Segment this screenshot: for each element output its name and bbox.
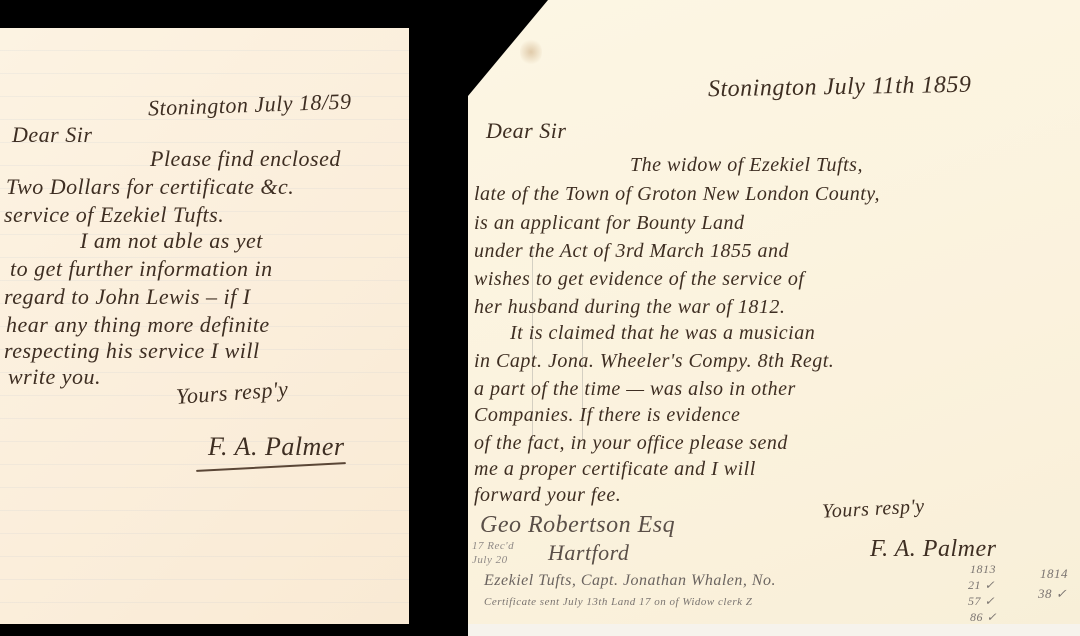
right-body-line-2: late of the Town of Groton New London Co…	[474, 183, 880, 206]
margin-note-received: 17 Rec'd	[472, 540, 514, 552]
right-salutation: Dear Sir	[486, 118, 566, 144]
left-signature: F. A. Palmer	[208, 432, 344, 462]
left-body-line-1: Please find enclosed	[150, 146, 341, 172]
right-body-line-12: me a proper certificate and I will	[474, 458, 756, 481]
right-body-line-9: a part of the time — was also in other	[474, 378, 796, 401]
right-body-line-10: Companies. If there is evidence	[474, 404, 740, 427]
right-body-line-5: wishes to get evidence of the service of	[474, 268, 804, 291]
right-body-line-13: forward your fee.	[474, 484, 621, 507]
right-body-line-8: in Capt. Jona. Wheeler's Compy. 8th Regt…	[474, 350, 834, 373]
tally-1814-value-1: 38 ✓	[1038, 586, 1067, 602]
tally-1813-value-3: 86 ✓	[970, 610, 997, 625]
margin-note-date: July 20	[472, 554, 508, 566]
addressee-name: Geo Robertson Esq	[480, 512, 675, 539]
left-closing: Yours resp'y	[175, 376, 289, 410]
left-letter-page: Stonington July 18/59 Dear Sir Please fi…	[0, 28, 409, 624]
left-body-line-9: write you.	[8, 364, 101, 390]
scan-bottom-edge	[468, 624, 1080, 636]
left-body-line-8: respecting his service I will	[4, 338, 260, 364]
clerk-note-line-1: Ezekiel Tufts, Capt. Jonathan Whalen, No…	[484, 572, 776, 590]
right-body-line-3: is an applicant for Bounty Land	[474, 212, 745, 235]
left-salutation: Dear Sir	[12, 122, 92, 148]
right-body-line-1: The widow of Ezekiel Tufts,	[630, 154, 863, 177]
left-body-line-4: I am not able as yet	[80, 228, 263, 254]
clerk-note-line-2: Certificate sent July 13th Land 17 on of…	[484, 596, 752, 608]
tally-1813-value-2: 57 ✓	[968, 594, 995, 609]
tally-1813-value-1: 21 ✓	[968, 578, 995, 593]
left-dateline: Stonington July 18/59	[148, 88, 352, 121]
right-signature: F. A. Palmer	[870, 536, 996, 563]
tally-1813-header: 1813	[970, 562, 996, 577]
paper-stain	[520, 38, 542, 66]
left-body-line-6: regard to John Lewis – if I	[4, 284, 251, 310]
tally-1814-header: 1814	[1040, 566, 1068, 582]
right-body-line-7: It is claimed that he was a musician	[510, 322, 815, 345]
left-body-line-7: hear any thing more definite	[6, 312, 270, 338]
right-body-line-6: her husband during the war of 1812.	[474, 296, 785, 319]
left-body-line-5: to get further information in	[10, 256, 273, 282]
left-body-line-3: service of Ezekiel Tufts.	[4, 202, 224, 228]
right-body-line-11: of the fact, in your office please send	[474, 432, 788, 455]
right-body-line-4: under the Act of 3rd March 1855 and	[474, 240, 789, 263]
right-dateline: Stonington July 11th 1859	[708, 72, 972, 104]
addressee-city: Hartford	[548, 540, 629, 566]
left-signature-flourish	[196, 462, 346, 472]
left-body-line-2: Two Dollars for certificate &c.	[6, 174, 294, 200]
